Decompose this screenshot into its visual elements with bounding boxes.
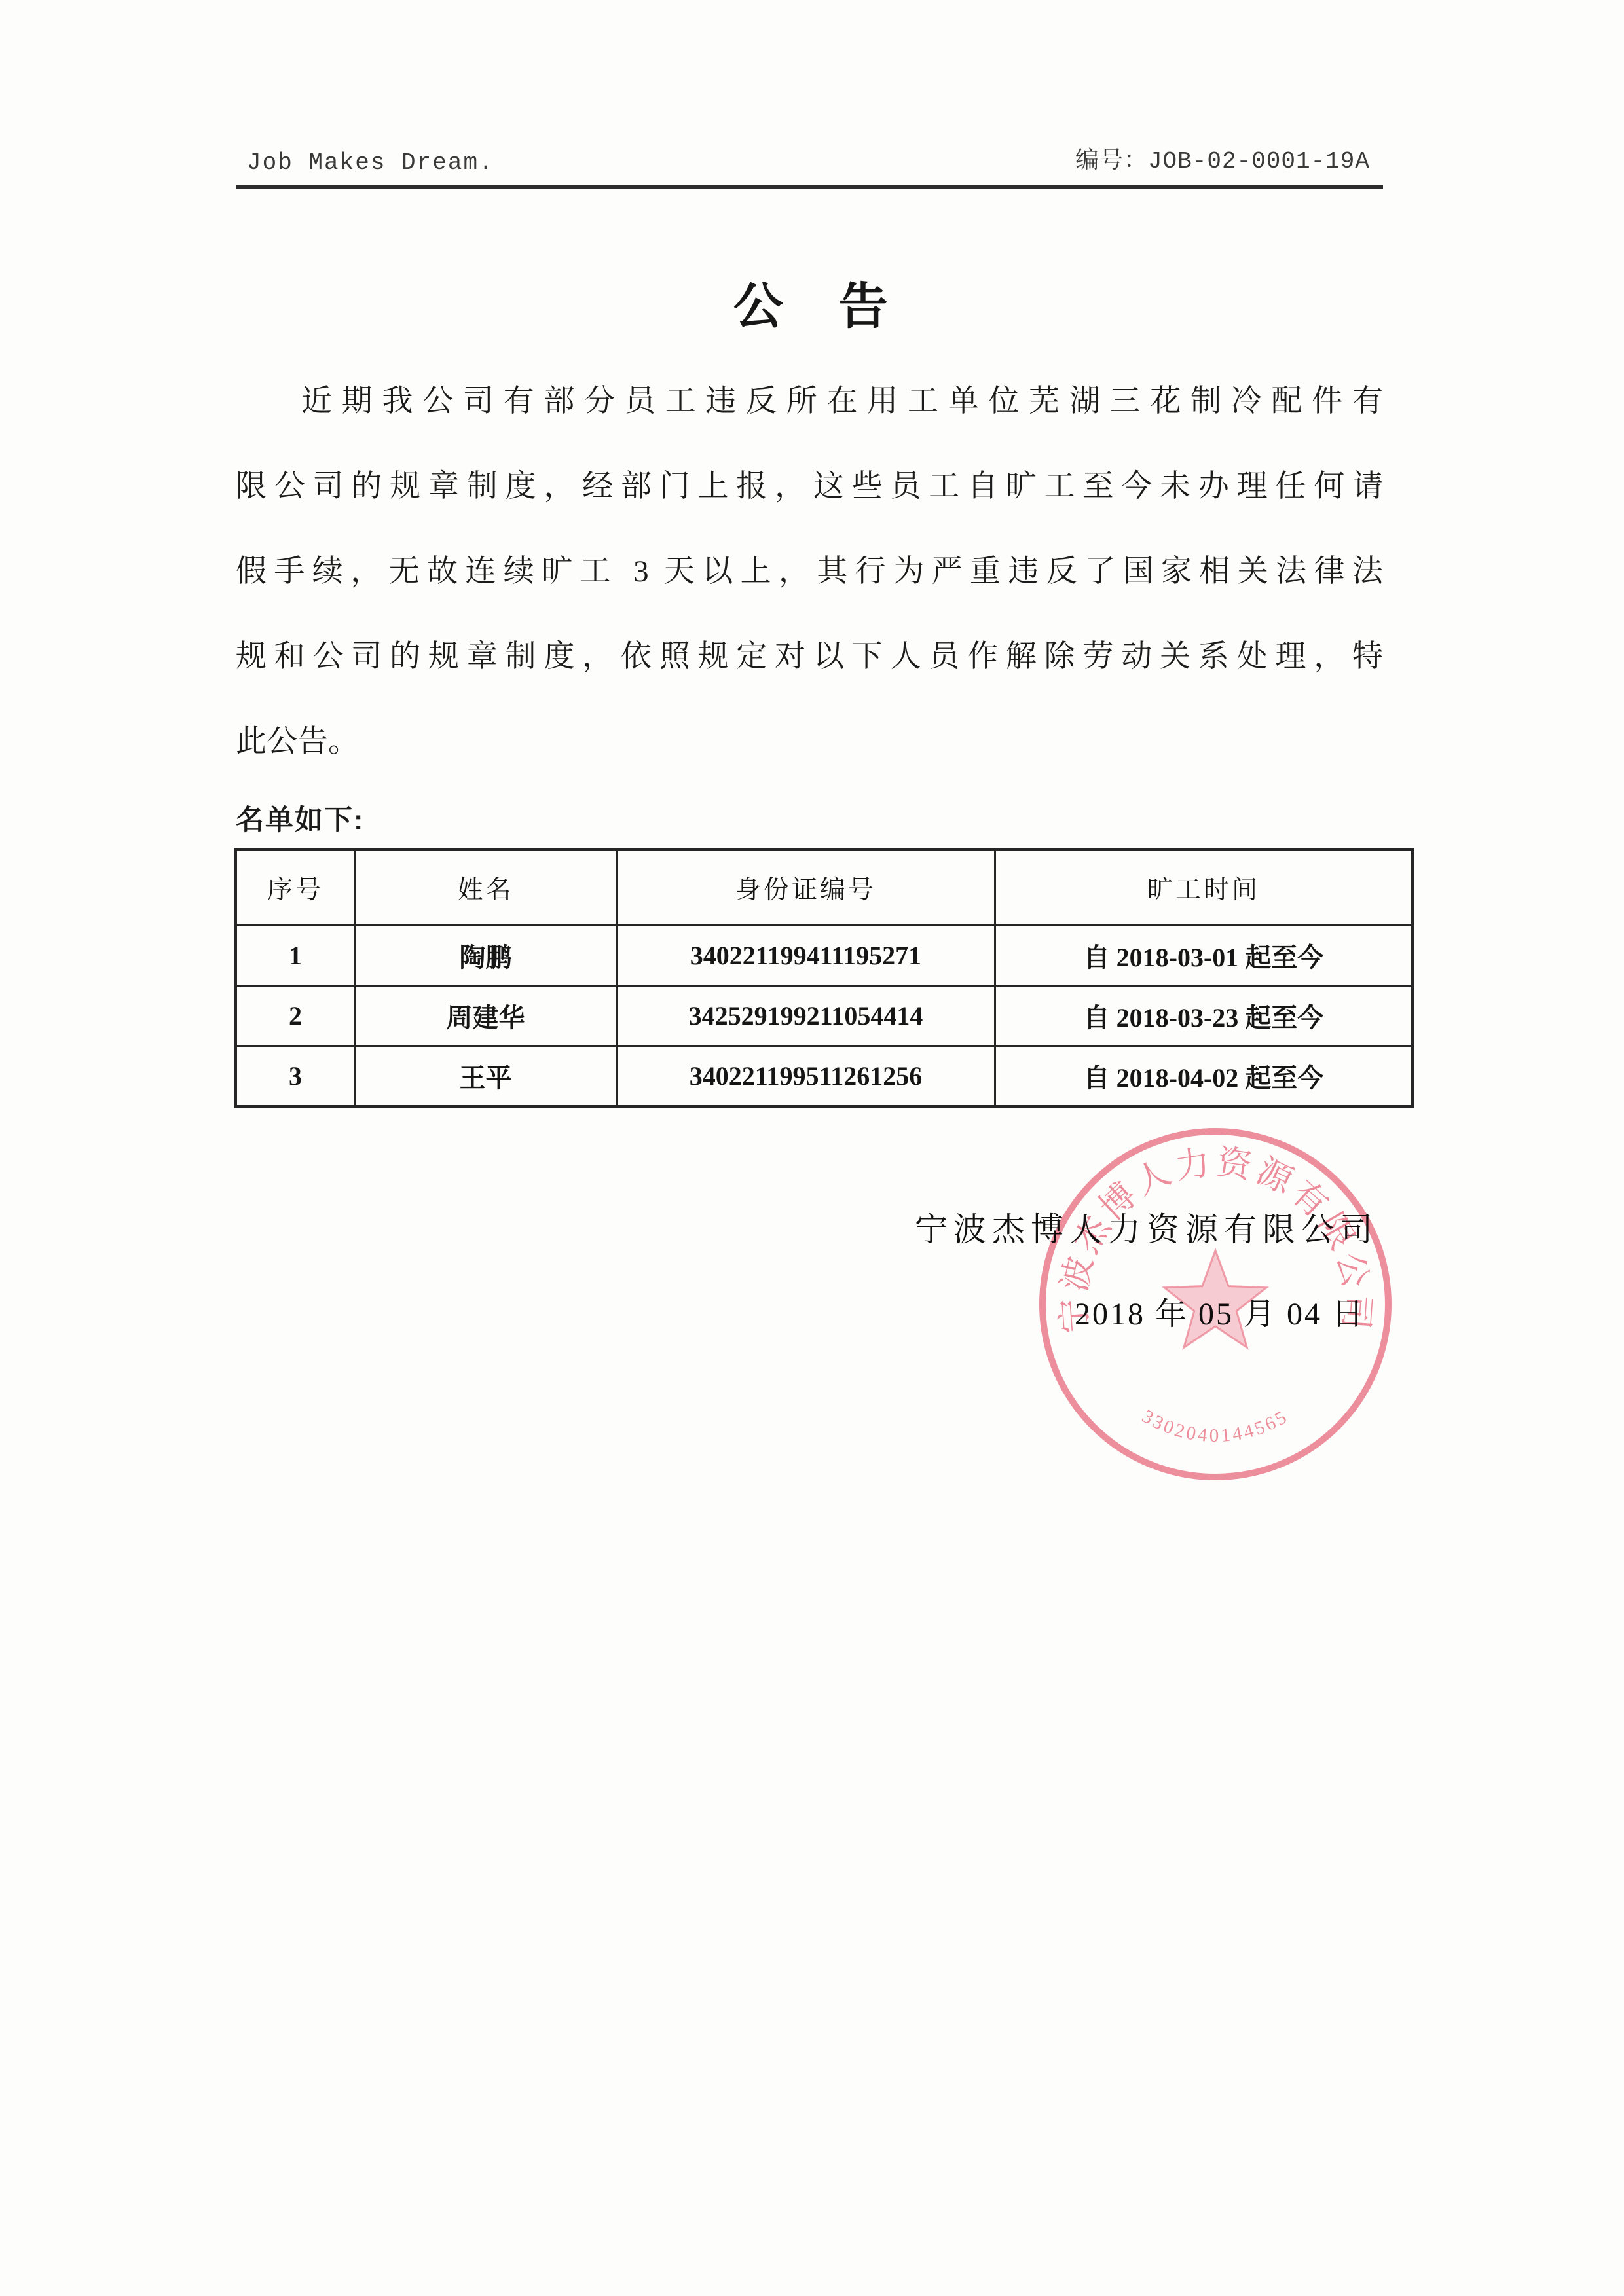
table-row: 2 周建华 342529199211054414 自 2018-03-23 起至… [236,986,1413,1046]
cell-index: 1 [236,926,355,986]
page-title: 公 告 [0,280,1624,335]
list-label: 名单如下: [236,798,364,838]
cell-id-number: 342529199211054414 [617,986,995,1046]
cell-absence-period: 自 2018-03-23 起至今 [995,986,1413,1046]
body-line: 假手续，无故连续旷工 3 天以上，其行为严重违反了国家相关法律法 [236,529,1383,614]
body-line: 近期我公司有部分员工违反所在用工单位芜湖三花制冷配件有 [236,359,1383,444]
col-header-name: 姓名 [355,850,617,926]
header-divider [236,185,1383,189]
signature-date: 2018 年 05 月 04 日 [1075,1288,1365,1334]
col-header-absence-period: 旷工时间 [995,850,1413,926]
dismissal-roster-table: 序号 姓名 身份证编号 旷工时间 1 陶鹏 340221199411195271… [234,848,1414,1108]
body-line: 限公司的规章制度，经部门上报，这些员工自旷工至今未办理任何请 [236,444,1383,529]
cell-name: 王平 [355,1046,617,1107]
signature-company-name: 宁波杰博人力资源有限公司 [915,1203,1378,1250]
cell-absence-period: 自 2018-04-02 起至今 [995,1046,1413,1107]
col-header-id-number: 身份证编号 [617,850,995,926]
table-row: 3 王平 340221199511261256 自 2018-04-02 起至今 [236,1046,1413,1107]
announcement-page: Job Makes Dream. 编号：JOB-02-0001-19A 公 告 … [0,0,1624,2296]
announcement-body: 近期我公司有部分员工违反所在用工单位芜湖三花制冷配件有 限公司的规章制度，经部门… [236,359,1383,784]
header-document-number: 编号：JOB-02-0001-19A [1075,147,1370,177]
body-line: 规和公司的规章制度，依照规定对以下人员作解除劳动关系处理，特 [236,614,1383,699]
col-header-index: 序号 [236,850,355,926]
header-slogan: Job Makes Dream. [247,148,494,179]
cell-id-number: 340221199411195271 [617,926,995,986]
cell-name: 陶鹏 [355,926,617,986]
cell-id-number: 340221199511261256 [617,1046,995,1107]
table-row: 1 陶鹏 340221199411195271 自 2018-03-01 起至今 [236,926,1413,986]
body-line: 此公告。 [236,699,1383,784]
cell-index: 3 [236,1046,355,1107]
table-header-row: 序号 姓名 身份证编号 旷工时间 [236,850,1413,926]
seal-serial-number: 3302040144565 [1139,1406,1293,1446]
cell-index: 2 [236,986,355,1046]
cell-absence-period: 自 2018-03-01 起至今 [995,926,1413,986]
cell-name: 周建华 [355,986,617,1046]
